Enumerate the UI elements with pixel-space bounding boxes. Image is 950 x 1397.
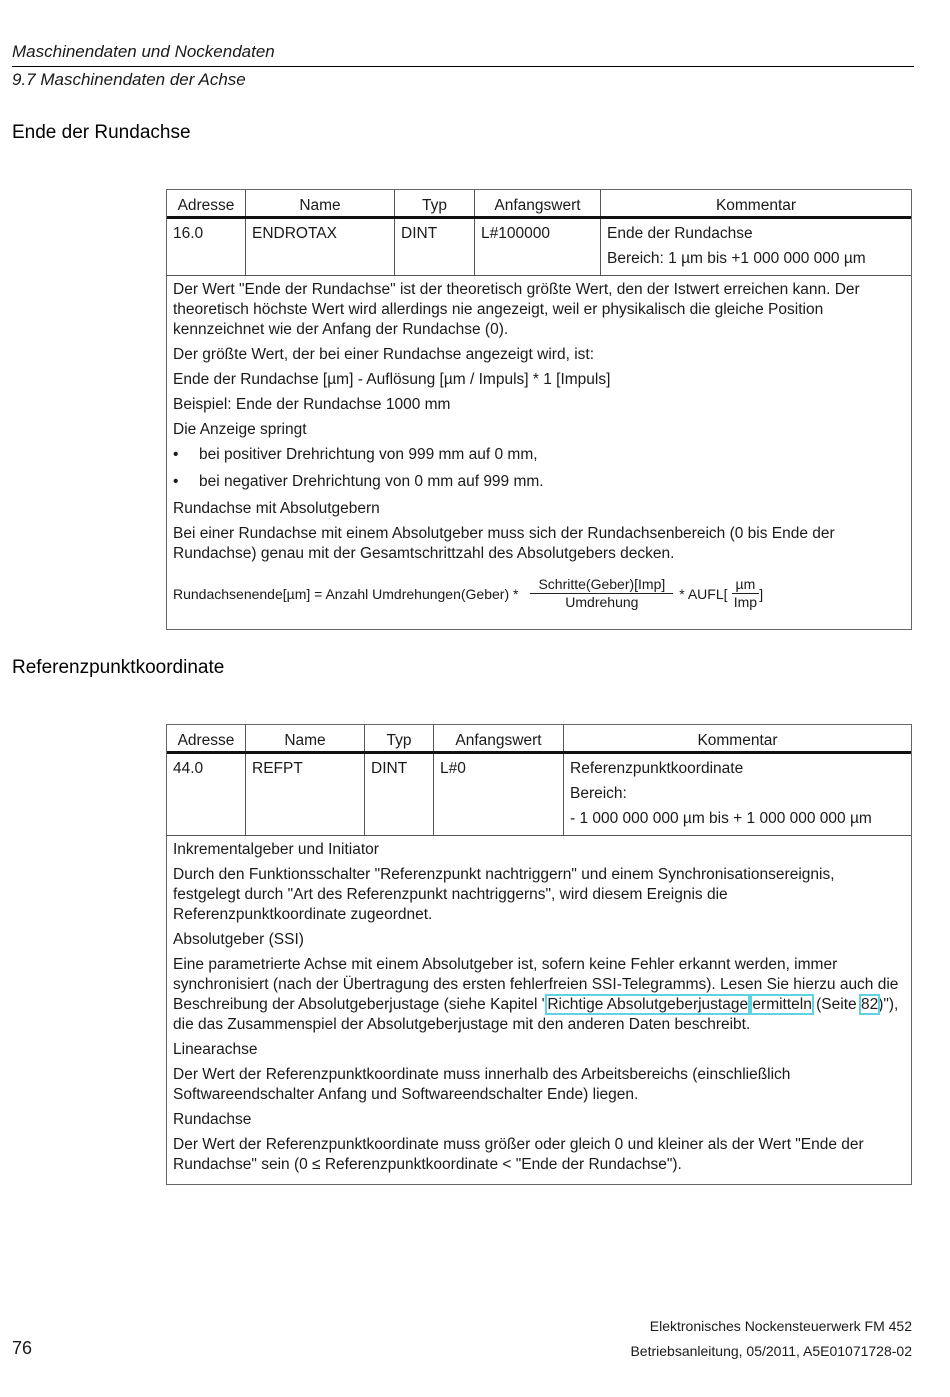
kommentar-range: Bereich: 1 µm bis +1 000 000 000 µm — [607, 246, 905, 271]
example-text: Ende der Rundachse 1000 mm — [232, 396, 451, 413]
table-header-row: Adresse Name Typ Anfangswert Kommentar — [167, 725, 911, 754]
bullet-item: •bei negativer Drehrichtung von 0 mm auf… — [173, 472, 905, 492]
col-name: Name — [246, 190, 395, 216]
table-row: 16.0 ENDROTAX DINT L#100000 Ende der Run… — [167, 219, 911, 276]
col-name: Name — [246, 725, 365, 751]
col-adresse: Adresse — [167, 190, 246, 216]
formula-fraction-unit: µm Imp — [732, 576, 760, 611]
paragraph: Die Anzeige springt — [173, 420, 905, 440]
col-kommentar: Kommentar — [564, 725, 911, 751]
footer-doc-info: Betriebsanleitung, 05/2011, A5E01071728-… — [630, 1343, 912, 1359]
footer-product: Elektronisches Nockensteuerwerk FM 452 — [650, 1318, 912, 1334]
subheading: Inkrementalgeber und Initiator — [173, 840, 905, 860]
paragraph: Der Wert "Ende der Rundachse" ist der th… — [173, 280, 905, 340]
formula-fraction-steps: Schritte(Geber)[Imp] Umdrehung — [530, 576, 673, 611]
table-description: Inkrementalgeber und Initiator Durch den… — [167, 836, 911, 1184]
header-rule — [12, 66, 914, 67]
col-adresse: Adresse — [167, 725, 246, 751]
example-label: Beispiel: — [173, 396, 232, 413]
paragraph: Der Wert der Referenzpunktkoordinate mus… — [173, 1065, 905, 1105]
cell-adresse: 16.0 — [167, 219, 246, 275]
subheading: Rundachse mit Absolutgebern — [173, 499, 905, 519]
col-typ: Typ — [395, 190, 475, 216]
formula-lhs: Rundachsenende[µm] = Anzahl Umdrehungen(… — [173, 584, 518, 604]
link-ermitteln[interactable]: ermitteln — [752, 996, 811, 1013]
table-endrotax: Adresse Name Typ Anfangswert Kommentar 1… — [166, 189, 912, 630]
paragraph: Ende der Rundachse [µm] - Auflösung [µm … — [173, 370, 905, 390]
section-title-referenzpunktkoordinate: Referenzpunktkoordinate — [12, 657, 224, 679]
fraction-denominator: Umdrehung — [565, 594, 638, 611]
cell-anfangswert: L#0 — [434, 754, 564, 835]
cell-kommentar: Ende der Rundachse Bereich: 1 µm bis +1 … — [601, 219, 911, 275]
cell-adresse: 44.0 — [167, 754, 246, 835]
link-richtige-absolutgeberjustage[interactable]: Richtige Absolutgeberjustage — [547, 996, 748, 1013]
chapter-header: Maschinendaten und Nockendaten — [12, 42, 275, 62]
table-row: 44.0 REFPT DINT L#0 Referenzpunktkoordin… — [167, 754, 911, 836]
page-number: 76 — [12, 1338, 32, 1359]
col-typ: Typ — [365, 725, 434, 751]
paragraph: Durch den Funktionsschalter "Referenzpun… — [173, 865, 905, 925]
col-kommentar: Kommentar — [601, 190, 911, 216]
cell-anfangswert: L#100000 — [475, 219, 601, 275]
bullet-icon: • — [173, 472, 199, 492]
link-page-82[interactable]: 82 — [861, 996, 878, 1013]
kommentar-range-label: Bereich: — [570, 781, 905, 806]
kommentar-range: - 1 000 000 000 µm bis + 1 000 000 000 µ… — [570, 806, 905, 831]
subheading: Rundachse — [173, 1110, 905, 1130]
formula-end: ] — [759, 584, 763, 604]
section-header: 9.7 Maschinendaten der Achse — [12, 70, 246, 90]
col-anfangswert: Anfangswert — [434, 725, 564, 751]
formula: Rundachsenende[µm] = Anzahl Umdrehungen(… — [173, 576, 905, 611]
fraction-numerator: µm — [732, 576, 760, 594]
cell-kommentar: Referenzpunktkoordinate Bereich: - 1 000… — [564, 754, 911, 835]
paragraph-with-links: Eine parametrierte Achse mit einem Absol… — [173, 955, 905, 1035]
bullet-item: •bei positiver Drehrichtung von 999 mm a… — [173, 445, 905, 465]
table-description: Der Wert "Ende der Rundachse" ist der th… — [167, 276, 911, 629]
paragraph: Der größte Wert, der bei einer Rundachse… — [173, 345, 905, 365]
cell-typ: DINT — [395, 219, 475, 275]
table-refpt: Adresse Name Typ Anfangswert Kommentar 4… — [166, 724, 912, 1185]
bullet-icon: • — [173, 445, 199, 465]
paragraph: Bei einer Rundachse mit einem Absolutgeb… — [173, 524, 905, 564]
cell-name: ENDROTAX — [246, 219, 395, 275]
kommentar-title: Ende der Rundachse — [607, 221, 905, 246]
bullet-text: bei positiver Drehrichtung von 999 mm au… — [199, 445, 538, 465]
kommentar-title: Referenzpunktkoordinate — [570, 756, 905, 781]
bullet-text: bei negativer Drehrichtung von 0 mm auf … — [199, 472, 544, 492]
fraction-numerator: Schritte(Geber)[Imp] — [530, 576, 673, 594]
col-anfangswert: Anfangswert — [475, 190, 601, 216]
fraction-denominator: Imp — [734, 594, 757, 611]
paragraph: Der Wert der Referenzpunktkoordinate mus… — [173, 1135, 905, 1175]
table-header-row: Adresse Name Typ Anfangswert Kommentar — [167, 190, 911, 219]
text: (Seite — [812, 996, 861, 1013]
formula-mid: * AUFL[ — [679, 584, 727, 604]
cell-name: REFPT — [246, 754, 365, 835]
subheading: Absolutgeber (SSI) — [173, 930, 905, 950]
cell-typ: DINT — [365, 754, 434, 835]
example-paragraph: Beispiel: Ende der Rundachse 1000 mm — [173, 395, 905, 415]
section-title-ende-der-rundachse: Ende der Rundachse — [12, 122, 191, 144]
subheading: Linearachse — [173, 1040, 905, 1060]
